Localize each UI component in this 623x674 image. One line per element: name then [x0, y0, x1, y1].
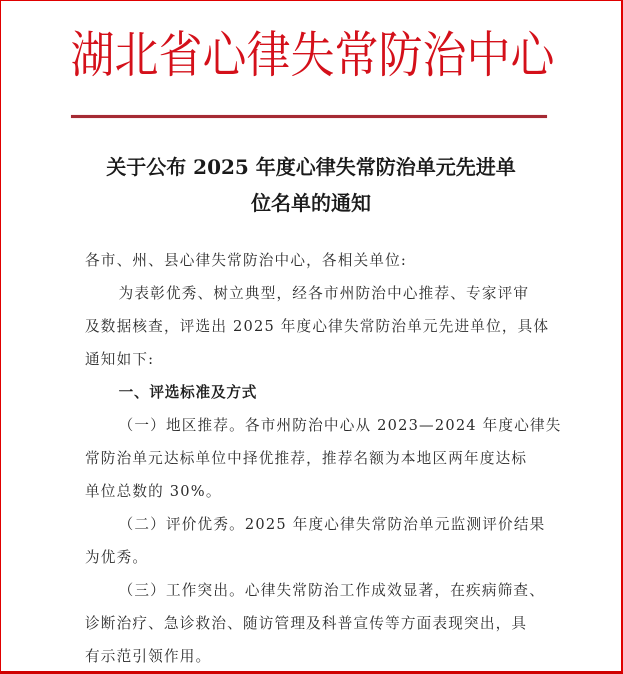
letterhead-divider — [71, 115, 547, 118]
notice-body: 各市、州、县心律失常防治中心，各相关单位: 为表彰优秀、树立典型，经各市州防治中… — [85, 244, 585, 673]
notice-title-line-1: 关于公布 2025 年度心律失常防治单元先进单 — [71, 149, 551, 185]
notice-title-line-2: 位名单的通知 — [71, 185, 551, 221]
criteria-item-1-line-1: （一）地区推荐。各市州防治中心从 2023—2024 年度心律失 — [85, 409, 585, 442]
criteria-item-1-line-3: 单位总数的 30%。 — [85, 475, 585, 508]
criteria-item-1-line-2: 常防治单元达标单位中择优推荐，推荐名额为本地区两年度达标 — [85, 442, 585, 475]
salutation: 各市、州、县心律失常防治中心，各相关单位: — [85, 244, 585, 277]
notice-title: 关于公布 2025 年度心律失常防治单元先进单 位名单的通知 — [71, 149, 551, 221]
intro-line-3: 通知如下: — [85, 343, 585, 376]
criteria-item-2-line-2: 为优秀。 — [85, 541, 585, 574]
criteria-item-2-line-1: （二）评价优秀。2025 年度心律失常防治单元监测评价结果 — [85, 508, 585, 541]
criteria-item-3-line-2: 诊断治疗、急诊救治、随访管理及科普宣传等方面表现突出，具 — [85, 607, 585, 640]
document-page: 湖北省心律失常防治中心 关于公布 2025 年度心律失常防治单元先进单 位名单的… — [0, 0, 623, 674]
organization-letterhead: 湖北省心律失常防治中心 — [1, 25, 623, 88]
criteria-item-3-line-3: 有示范引领作用。 — [85, 640, 585, 673]
intro-line-1: 为表彰优秀、树立典型，经各市州防治中心推荐、专家评审 — [85, 277, 585, 310]
section-heading-criteria: 一、评选标准及方式 — [85, 376, 585, 409]
criteria-item-3-line-1: （三）工作突出。心律失常防治工作成效显著，在疾病筛查、 — [85, 574, 585, 607]
intro-line-2: 及数据核查，评选出 2025 年度心律失常防治单元先进单位，具体 — [85, 310, 585, 343]
